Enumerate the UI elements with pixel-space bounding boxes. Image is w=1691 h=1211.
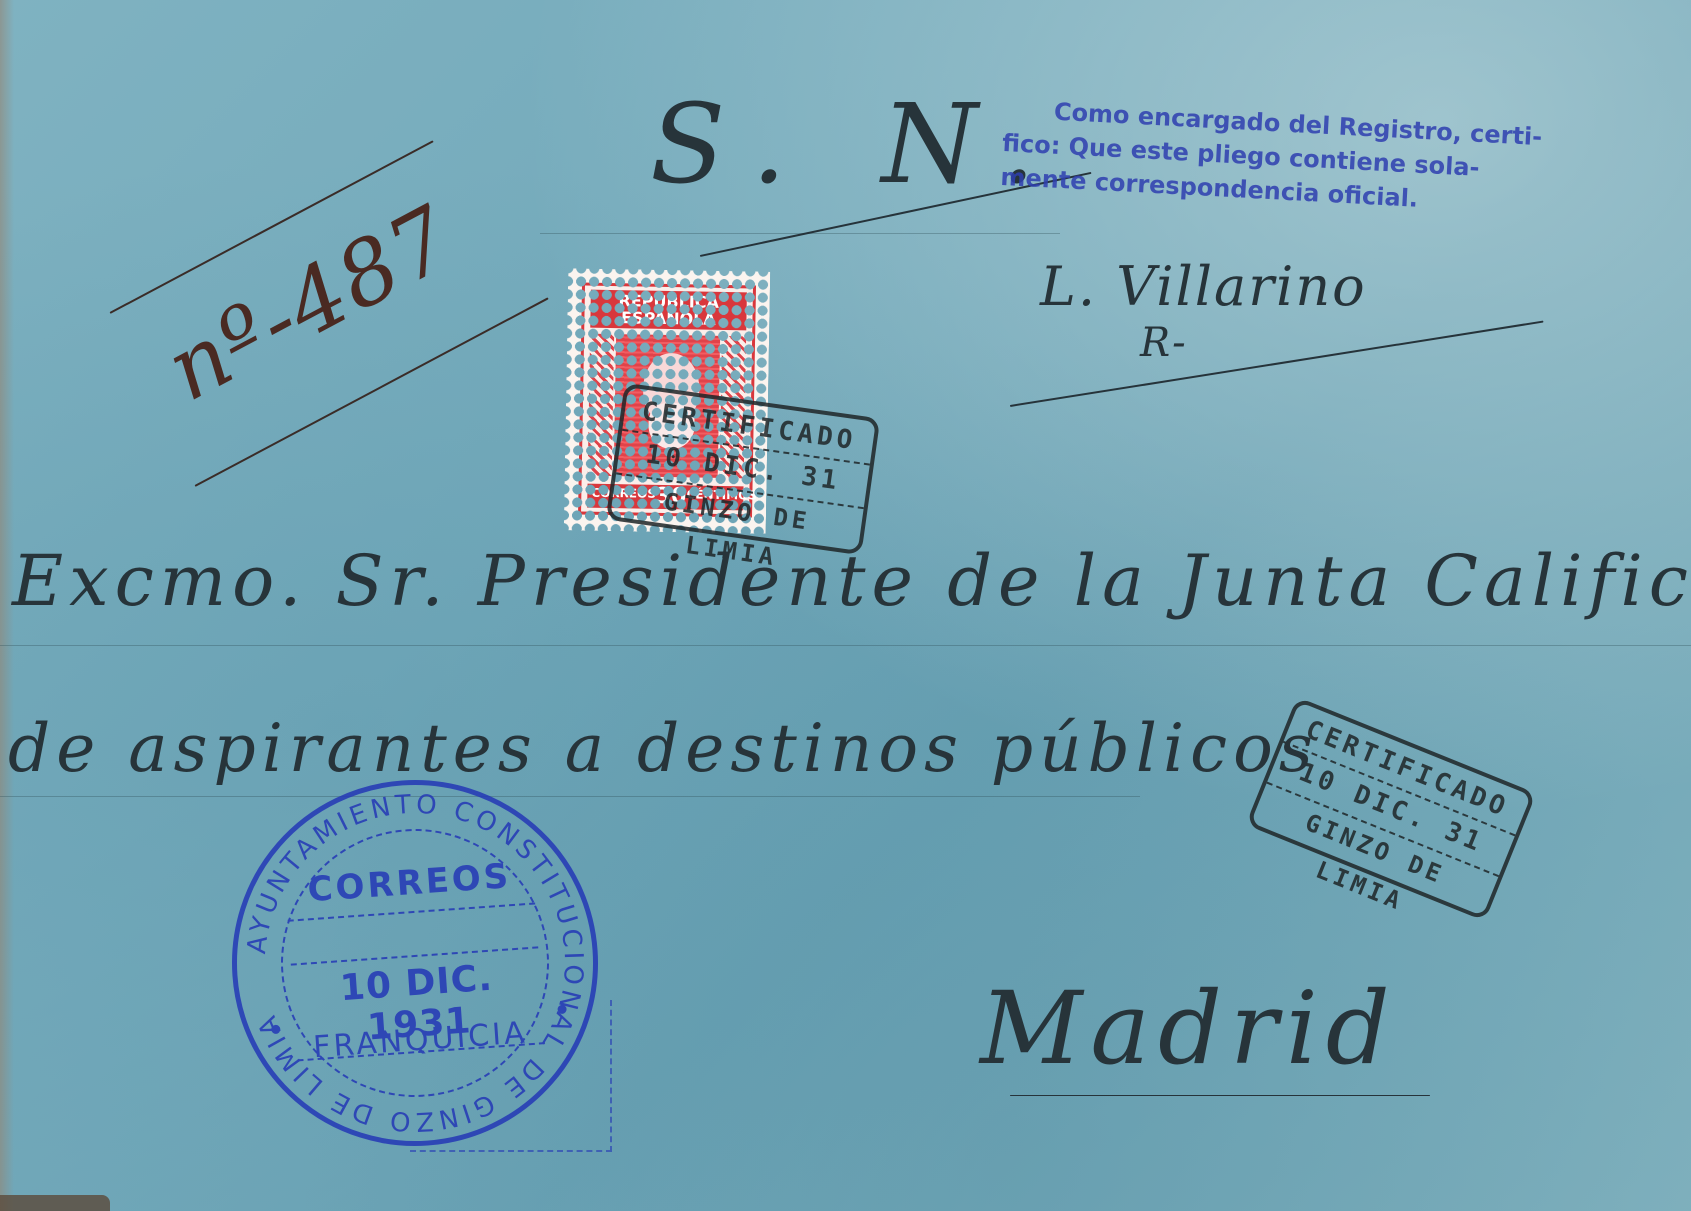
torn-corner (0, 1195, 110, 1211)
franquicia-cancel: AYUNTAMIENTO CONSTITUCIONAL DE GINZO DE … (220, 768, 611, 1159)
stamp-country: REPÚBLICA ESPAÑOLA (590, 290, 747, 331)
signature-name: L. Villarino (1040, 255, 1367, 318)
signature-initial: R- (1140, 320, 1188, 366)
stamp-country-line: ESPAÑOLA (590, 309, 746, 329)
city-underline (1010, 1095, 1430, 1096)
laurel-left-icon (588, 334, 614, 476)
address-line-1: Excmo. Sr. Presidente de la Junta Califi… (12, 540, 1691, 622)
address-line-2: de aspirantes a destinos públicos (8, 710, 1319, 787)
ruled-line (0, 645, 1691, 646)
address-city: Madrid (980, 970, 1398, 1087)
